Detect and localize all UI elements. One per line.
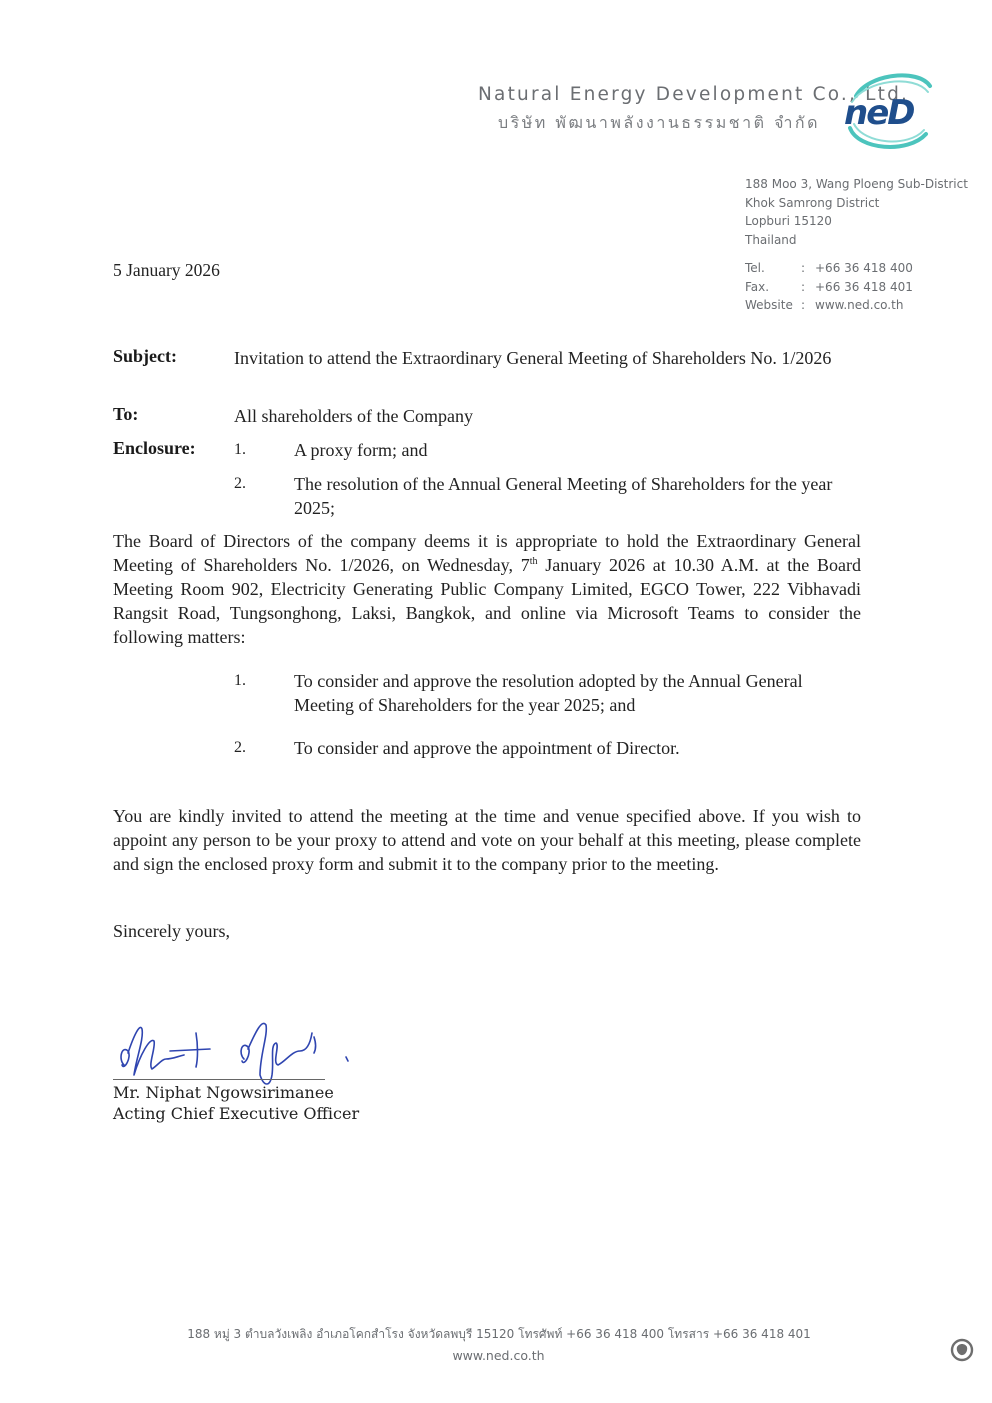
letter-date: 5 January 2026 — [113, 260, 220, 281]
body-paragraph-meeting: The Board of Directors of the company de… — [113, 529, 861, 649]
contact-label: Fax. — [745, 278, 801, 297]
address-line: Khok Samrong District — [745, 194, 968, 213]
enclosure-number: 2. — [234, 472, 246, 496]
contact-separator: : — [801, 296, 815, 315]
closing: Sincerely yours, — [113, 921, 230, 942]
contact-tel: Tel. : +66 36 418 400 — [745, 259, 913, 278]
contact-website: Website : www.ned.co.th — [745, 296, 913, 315]
to-text: All shareholders of the Company — [234, 404, 473, 428]
enclosure-item: A proxy form; and — [294, 438, 427, 462]
subject-label: Subject: — [113, 346, 177, 367]
body-paragraph-invitation: You are kindly invited to attend the mee… — [113, 804, 861, 876]
subject-text: Invitation to attend the Extraordinary G… — [234, 346, 864, 370]
contact-value: www.ned.co.th — [815, 296, 903, 315]
signer-block: Mr. Niphat Ngowsirimanee Acting Chief Ex… — [113, 1082, 359, 1124]
signature-line — [113, 1079, 325, 1080]
company-name-th: บริษัท พัฒนาพลังงานธรรมชาติ จำกัด — [498, 111, 820, 136]
address-line: Lopburi 15120 — [745, 212, 968, 231]
address-line: 188 Moo 3, Wang Ploeng Sub-District — [745, 175, 968, 194]
contact-label: Website — [745, 296, 801, 315]
ordinal-suffix: th — [530, 556, 538, 567]
footer-website: www.ned.co.th — [0, 1348, 992, 1363]
contact-fax: Fax. : +66 36 418 401 — [745, 278, 913, 297]
matter-item: To consider and approve the appointment … — [294, 736, 680, 760]
company-address: 188 Moo 3, Wang Ploeng Sub-District Khok… — [745, 175, 968, 249]
ned-logo-icon: neD — [838, 66, 938, 156]
contact-separator: : — [801, 259, 815, 278]
signer-title: Acting Chief Executive Officer — [113, 1103, 359, 1124]
footer-address: 188 หมู่ 3 ตำบลวังเพลิง อำเภอโคกสำโรง จั… — [0, 1325, 992, 1344]
contact-separator: : — [801, 278, 815, 297]
matter-number: 1. — [234, 669, 246, 693]
contact-label: Tel. — [745, 259, 801, 278]
company-contact: Tel. : +66 36 418 400 Fax. : +66 36 418 … — [745, 259, 913, 315]
svg-text:neD: neD — [844, 93, 914, 133]
contact-value: +66 36 418 400 — [815, 259, 913, 278]
enclosure-number: 1. — [234, 438, 246, 462]
enclosure-item: The resolution of the Annual General Mee… — [294, 472, 864, 520]
signer-name: Mr. Niphat Ngowsirimanee — [113, 1082, 359, 1103]
contact-value: +66 36 418 401 — [815, 278, 913, 297]
to-label: To: — [113, 404, 138, 425]
address-line: Thailand — [745, 231, 968, 250]
certification-badge-icon — [950, 1338, 974, 1362]
matter-item: To consider and approve the resolution a… — [294, 669, 864, 717]
enclosure-label: Enclosure: — [113, 438, 196, 459]
matter-number: 2. — [234, 736, 246, 760]
